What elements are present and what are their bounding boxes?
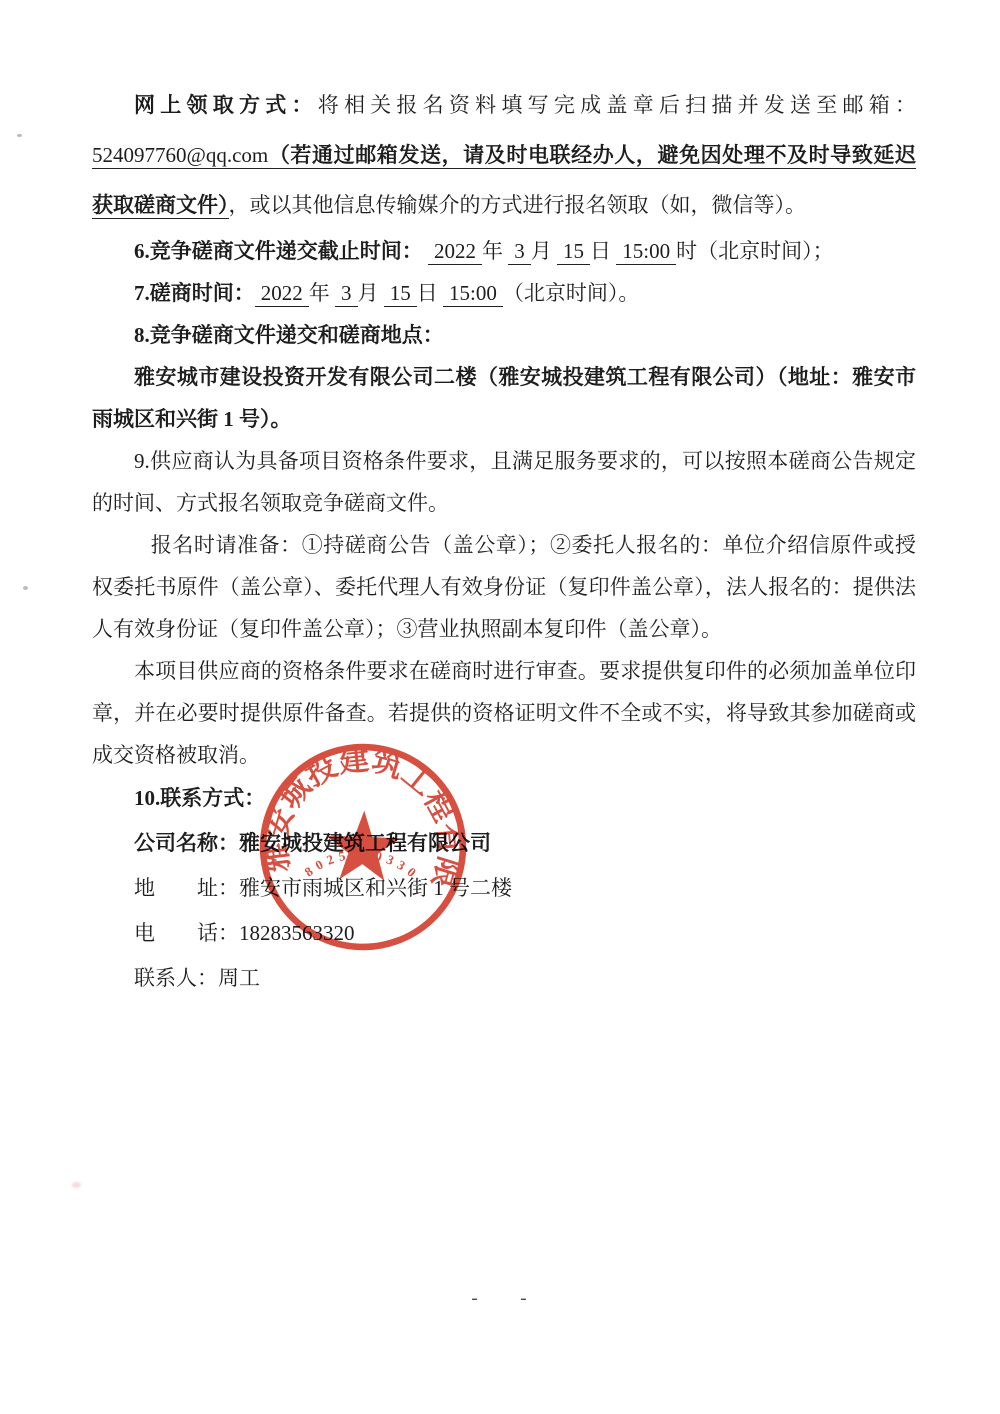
other-media-note: ，或以其他信息传输媒介的方式进行报名领取（如，微信等）。 [229,193,807,217]
item7-month-unit: 月 [358,281,379,305]
contact-block: 公司名称：雅安城投建筑工程有限公司 地 址：雅安市雨城区和兴街 1 号二楼 电 … [92,821,916,1001]
scan-speck [17,134,22,137]
item9-paragraph: 9.供应商认为具备项目资格条件要求，且满足服务要求的，可以按照本磋商公告规定的时… [92,440,916,524]
item6-day-value: 15 [557,239,590,265]
item6-time-value: 15:00 [616,239,676,265]
contact-company-label: 公司名称： [134,831,239,855]
registration-requirements-paragraph: 报名时请准备：①持磋商公告（盖公章）；②委托人报名的：单位介绍信原件或授权委托书… [92,524,916,650]
contact-person-label: 联系人： [134,966,218,990]
item7-day-value: 15 [384,281,417,307]
item6-year-value: 2022 [428,239,482,265]
contact-person-row: 联系人：周工 [92,956,916,1001]
online-collection-text: 将相关报名资料填写完成盖章后扫描并发送至邮箱： [318,93,916,117]
item7-time-line: 7.磋商时间：2022年 3月 15日 15:00（北京时间）。 [92,272,916,314]
item6-tail: 时（北京时间）； [676,239,834,263]
item7-year-unit: 年 [309,281,330,305]
contact-address-label: 地 址： [134,876,239,900]
item7-month-value: 3 [335,281,358,307]
item7-tail: （北京时间）。 [503,281,640,305]
scan-speck [23,586,28,590]
contact-phone-value: 18283563320 [239,921,355,945]
item6-day-unit: 日 [590,239,611,263]
contact-phone-row: 电 话：18283563320 [92,911,916,956]
contact-person-value: 周工 [218,966,260,990]
item7-time-value: 15:00 [443,281,503,307]
document-page: 网上领取方式：将相关报名资料填写完成盖章后扫描并发送至邮箱：524097760@… [0,0,1000,1414]
contact-address-value: 雅安市雨城区和兴街 1 号二楼 [239,876,512,900]
item10-contact-heading: 10.联系方式： [92,776,916,821]
item7-label: 7.磋商时间： [134,281,255,305]
item8-location-paragraph: 雅安城市建设投资开发有限公司二楼（雅安城投建筑工程有限公司）（地址：雅安市雨城区… [92,356,916,440]
item7-day-unit: 日 [417,281,438,305]
contact-company-row: 公司名称：雅安城投建筑工程有限公司 [92,821,916,866]
contact-address-row: 地 址：雅安市雨城区和兴街 1 号二楼 [92,866,916,911]
item6-year-unit: 年 [482,239,503,263]
item7-year-value: 2022 [255,281,309,307]
email-address: 524097760@qq.com [92,143,268,169]
item6-month-unit: 月 [531,239,552,263]
qualification-review-paragraph: 本项目供应商的资格条件要求在磋商时进行审查。要求提供复印件的必须加盖单位印章，并… [92,650,916,776]
scan-speck [72,1182,81,1188]
item6-deadline-line: 6.竞争磋商文件递交截止时间： 2022年 3月 15日 15:00时（北京时间… [92,230,916,272]
page-number: - - [0,1288,1000,1310]
document-body: 网上领取方式：将相关报名资料填写完成盖章后扫描并发送至邮箱：524097760@… [92,80,916,1001]
contact-phone-label: 电 话： [134,921,239,945]
online-collection-label: 网上领取方式： [134,93,318,117]
item8-location-heading: 8.竞争磋商文件递交和磋商地点： [92,314,916,356]
online-collection-paragraph: 网上领取方式：将相关报名资料填写完成盖章后扫描并发送至邮箱：524097760@… [92,80,916,230]
contact-company-value: 雅安城投建筑工程有限公司 [239,831,491,855]
item6-label: 6.竞争磋商文件递交截止时间： [134,239,423,263]
item6-month-value: 3 [508,239,531,265]
